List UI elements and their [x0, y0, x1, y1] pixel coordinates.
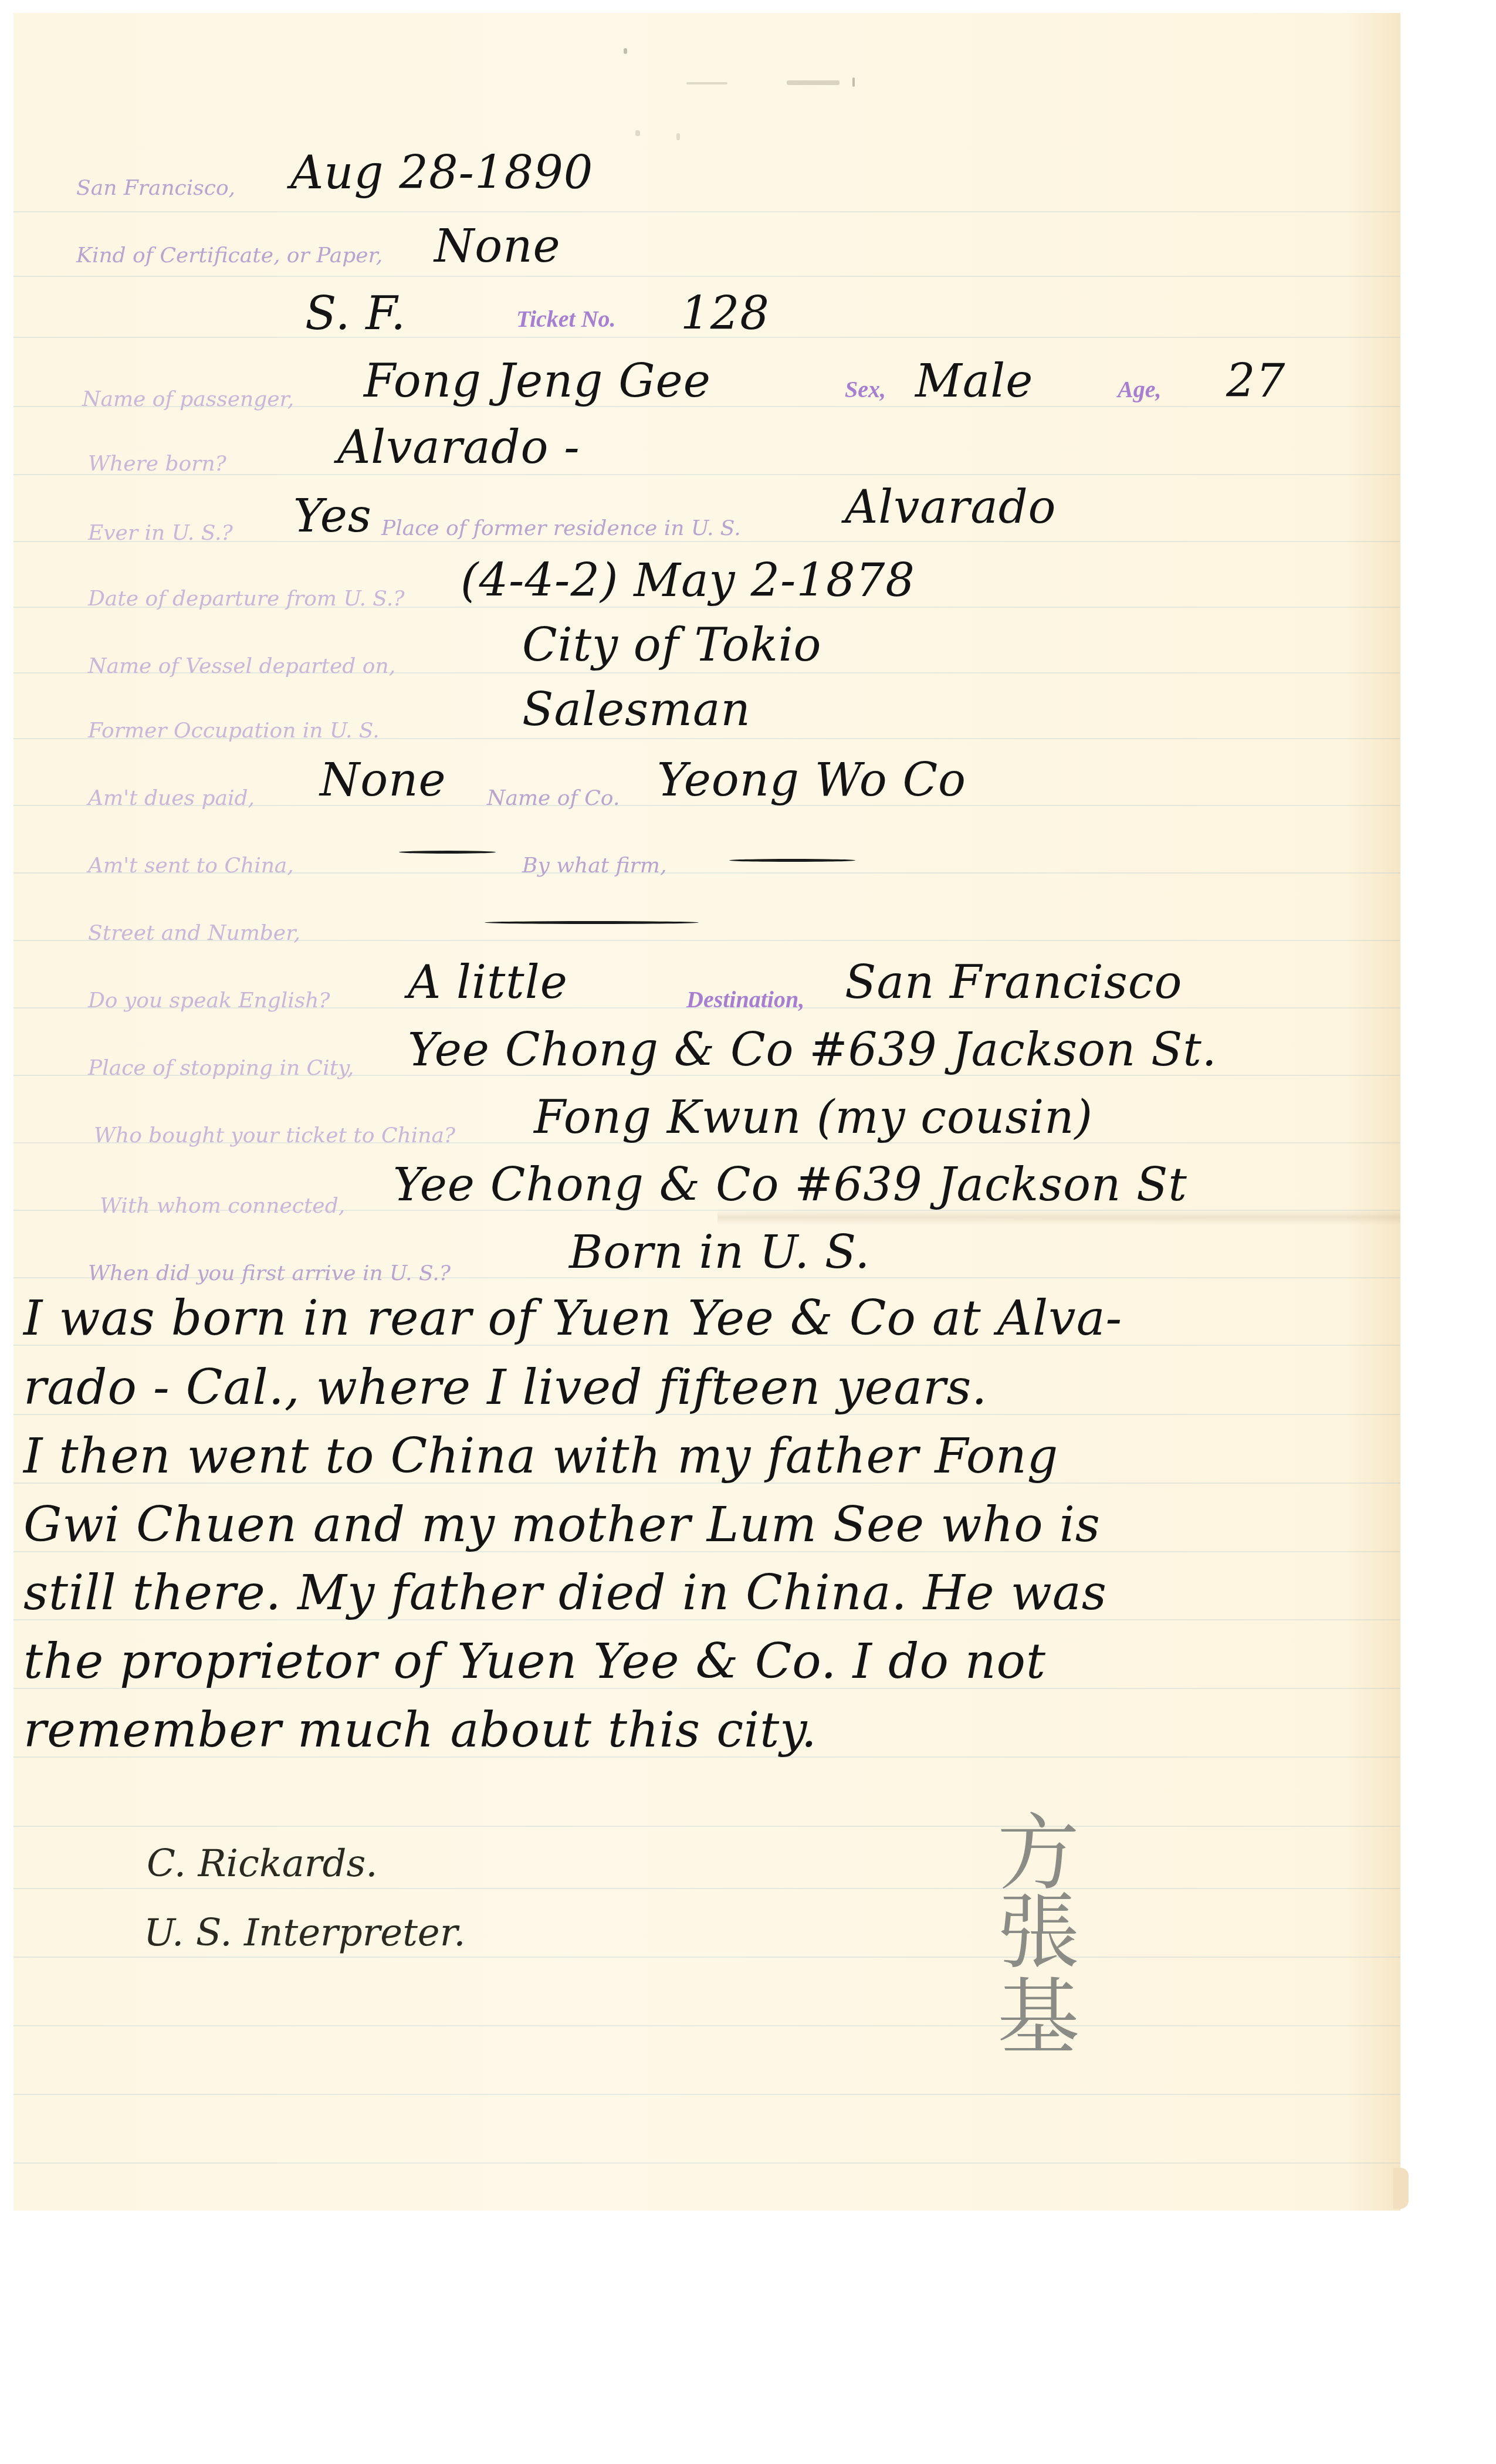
ruled-line [13, 1957, 1400, 1958]
occupation-value: Salesman [522, 683, 751, 736]
stopping-label: Place of stopping in City, [88, 1056, 354, 1080]
connected-label: With whom connected, [100, 1194, 345, 1218]
certificate-label: Kind of Certificate, or Paper, [76, 243, 383, 268]
statement-line: still there. My father died in China. He… [23, 1565, 1107, 1621]
ticket-number: 128 [681, 287, 770, 340]
interpreter-name: C. Rickards. [147, 1842, 378, 1886]
ink-smudge [624, 48, 627, 54]
statement-line: remember much about this city. [23, 1703, 817, 1758]
city-label: San Francisco, [76, 176, 235, 200]
stopping-value: Yee Chong & Co #639 Jackson St. [408, 1024, 1217, 1077]
ruled-line [13, 276, 1400, 277]
ruled-line [13, 2094, 1400, 2095]
street-label: Street and Number, [88, 921, 300, 945]
paper-crease [717, 1210, 1400, 1225]
ruled-line [13, 2025, 1400, 2026]
name-label: Name of passenger, [82, 387, 294, 411]
age-label: Age, [1118, 375, 1161, 403]
destination-label: Destination, [686, 986, 804, 1013]
vessel-label: Name of Vessel departed on, [88, 654, 395, 678]
ruled-line [13, 211, 1400, 212]
ticket-buyer-label: Who bought your ticket to China? [94, 1123, 455, 1148]
chinese-name-char: 基 [991, 1977, 1085, 2059]
occupation-label: Former Occupation in U. S. [88, 719, 380, 743]
age-value: 27 [1226, 355, 1285, 408]
chinese-name-char: 張 [991, 1892, 1085, 1974]
ever-label: Ever in U. S.? [88, 521, 233, 545]
statement-line: I then went to China with my father Fong [23, 1429, 1058, 1484]
ticket-prefix: S. F. [305, 287, 406, 340]
ruled-line [13, 1888, 1400, 1889]
street-dash [485, 921, 699, 924]
ink-smudge [852, 77, 855, 87]
residence-value: Alvarado [845, 481, 1057, 534]
departure-value: (4-4-2) May 2-1878 [461, 554, 915, 607]
name-value: Fong Jeng Gee [364, 355, 711, 408]
ticket-buyer-value: Fong Kwun (my cousin) [534, 1091, 1093, 1144]
statement-line: the proprietor of Yuen Yee & Co. I do no… [23, 1634, 1046, 1690]
born-label: Where born? [88, 452, 226, 476]
firm-dash [729, 859, 855, 862]
company-value: Yeong Wo Co [657, 754, 966, 807]
ruled-line [13, 1826, 1400, 1827]
ink-smudge [635, 130, 640, 136]
sent-dash [399, 851, 496, 854]
arrival-label: When did you first arrive in U. S.? [88, 1261, 451, 1285]
sent-label: Am't sent to China, [88, 854, 294, 878]
ticket-label: Ticket No. [516, 305, 616, 333]
ink-smudge [676, 133, 680, 140]
departure-label: Date of departure from U. S.? [88, 587, 405, 611]
company-label: Name of Co. [487, 786, 620, 810]
statement-line: I was born in rear of Yuen Yee & Co at A… [23, 1291, 1122, 1346]
chinese-name-char: 方 [991, 1813, 1085, 1895]
dues-value: None [320, 754, 446, 807]
dues-label: Am't dues paid, [88, 786, 255, 810]
sex-value: Male [915, 355, 1033, 408]
vessel-value: City of Tokio [522, 619, 822, 672]
english-label: Do you speak English? [88, 989, 330, 1013]
ink-smudge [686, 82, 727, 84]
ever-value: Yes [293, 490, 372, 543]
interpreter-title: U. S. Interpreter. [144, 1911, 466, 1955]
date-value: Aug 28-1890 [290, 147, 593, 199]
statement-line: rado - Cal., where I lived fifteen years… [23, 1360, 987, 1416]
statement-line: Gwi Chuen and my mother Lum See who is [23, 1497, 1101, 1553]
ink-smudge [787, 80, 840, 85]
residence-label: Place of former residence in U. S. [381, 516, 741, 540]
connected-value: Yee Chong & Co #639 Jackson St [393, 1159, 1187, 1211]
ruled-line [13, 2162, 1400, 2164]
english-value: A little [408, 956, 568, 1009]
sex-label: Sex, [845, 375, 886, 403]
destination-value: San Francisco [845, 956, 1182, 1009]
arrival-value: Born in U. S. [569, 1226, 870, 1279]
certificate-value: None [434, 220, 561, 273]
firm-label: By what firm, [522, 854, 666, 878]
born-value: Alvarado - [337, 421, 580, 474]
paper-tab [1393, 2168, 1409, 2209]
